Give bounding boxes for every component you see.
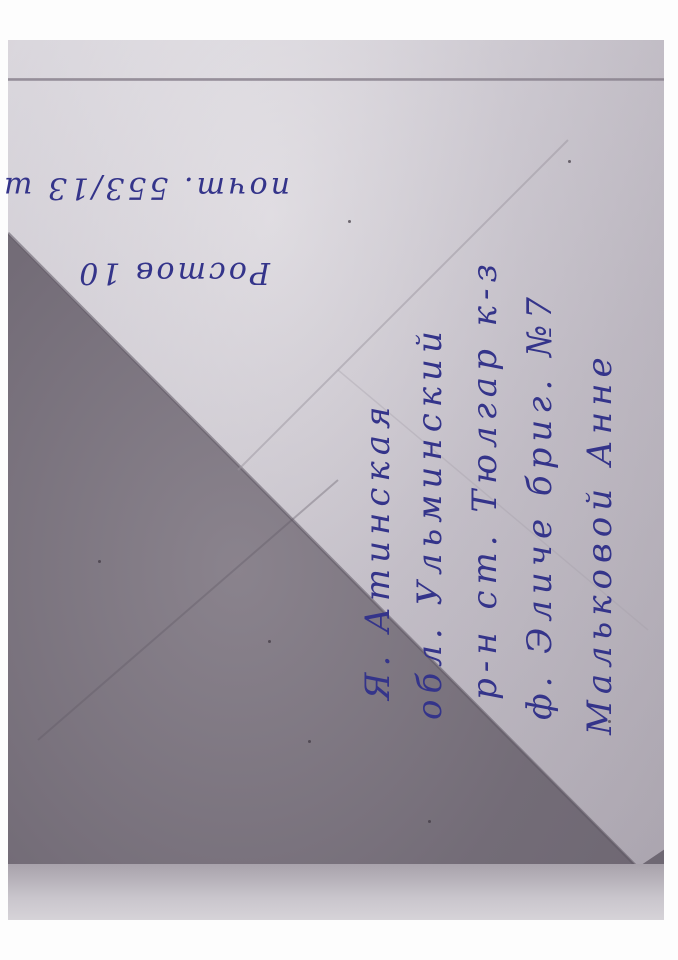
dust-speck — [568, 160, 571, 163]
address-line-farm: ф. Эличе бриг. №7 — [520, 291, 560, 720]
address-line-recipient: Мальковой Анне — [580, 351, 620, 735]
address-line-region: Я. Атинская — [358, 401, 398, 700]
dust-speck — [308, 740, 311, 743]
sender-line-1: почт. 553/13 шиф — [0, 170, 290, 205]
dust-speck — [268, 640, 271, 643]
sender-line-2: Ростов 10 — [76, 255, 270, 290]
bottom-edge-band — [8, 864, 664, 920]
address-line-district: обл. Ульминский — [410, 325, 450, 720]
dust-speck — [428, 820, 431, 823]
address-line-station: р-н ст. Тюлгар к-з — [465, 258, 505, 700]
scan-page: почт. 553/13 шиф Ростов 10 Я. Атинская о… — [0, 0, 678, 960]
dust-speck — [98, 560, 101, 563]
dust-speck — [348, 220, 351, 223]
